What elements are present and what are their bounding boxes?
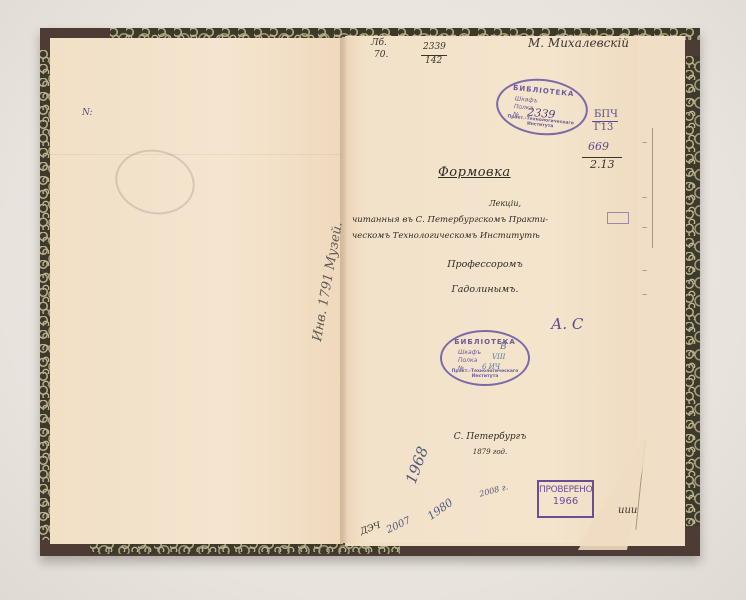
violet-code-line1: БПЧ <box>594 109 618 120</box>
strikethrough-mark <box>607 212 629 224</box>
imprint-year: 1879 год. <box>340 448 640 456</box>
fraction-denominator: 142 <box>425 56 442 66</box>
stamp-polka-value: VIII <box>492 353 505 361</box>
owner-signature: М. Михалевскій <box>528 36 629 50</box>
subtitle-professor: Профессоромъ <box>340 259 630 270</box>
subtitle-name: Гадолинымъ. <box>340 284 630 295</box>
marbled-edge-right <box>686 56 700 526</box>
crossed-fraction-numerator: 669 <box>588 140 609 153</box>
subtitle-lectures: Лекціи, <box>340 199 670 208</box>
stamp-header: БИБЛІОТЕКА <box>442 338 528 346</box>
fraction-numerator: 2339 <box>423 42 446 52</box>
underlay-margin-mark: — <box>642 268 647 274</box>
stamp-row-shelf: Шкафъ <box>458 349 481 356</box>
left-page <box>50 38 343 544</box>
subtitle-line-3: ческомъ Технологическомъ Институтѣ <box>352 231 642 241</box>
shelfmark-line1: Лб. <box>371 38 387 48</box>
checked-stamp: ПРОВЕРЕНО 1966 <box>537 480 594 518</box>
checked-stamp-label: ПРОВЕРЕНО <box>539 485 592 495</box>
underlay-margin-mark: — <box>642 292 647 298</box>
stamp-row-polka: Полка <box>458 357 477 364</box>
imprint-place: С. Петербургъ <box>340 432 640 442</box>
page-fold-line <box>50 154 343 155</box>
initials: А. С <box>551 315 583 333</box>
underlay-margin-mark: — <box>642 140 647 146</box>
left-page-mark: N: <box>82 108 93 118</box>
document-title: Формовка <box>438 165 511 180</box>
shelfmark-line2: 70. <box>374 50 388 60</box>
underlay-signature: uuu <box>618 505 637 516</box>
checked-stamp-year: 1966 <box>539 496 592 507</box>
stamp-shelf-value: В <box>500 342 507 352</box>
crossed-fraction-denominator: 2.13 <box>590 158 615 171</box>
subtitle-line-2: читанныя въ С. Петербургскомъ Практи- <box>352 215 642 225</box>
library-stamp-bottom: БИБЛІОТЕКА Шкафъ Полка № В VIII 6 ИЧ Пра… <box>440 330 530 386</box>
underlay-edge-line <box>652 128 653 248</box>
underlay-margin-mark: — <box>642 225 647 231</box>
stamp-footer: Практ.-Технологическаго Института <box>442 369 528 379</box>
violet-code-line2: Г13 <box>594 122 613 133</box>
